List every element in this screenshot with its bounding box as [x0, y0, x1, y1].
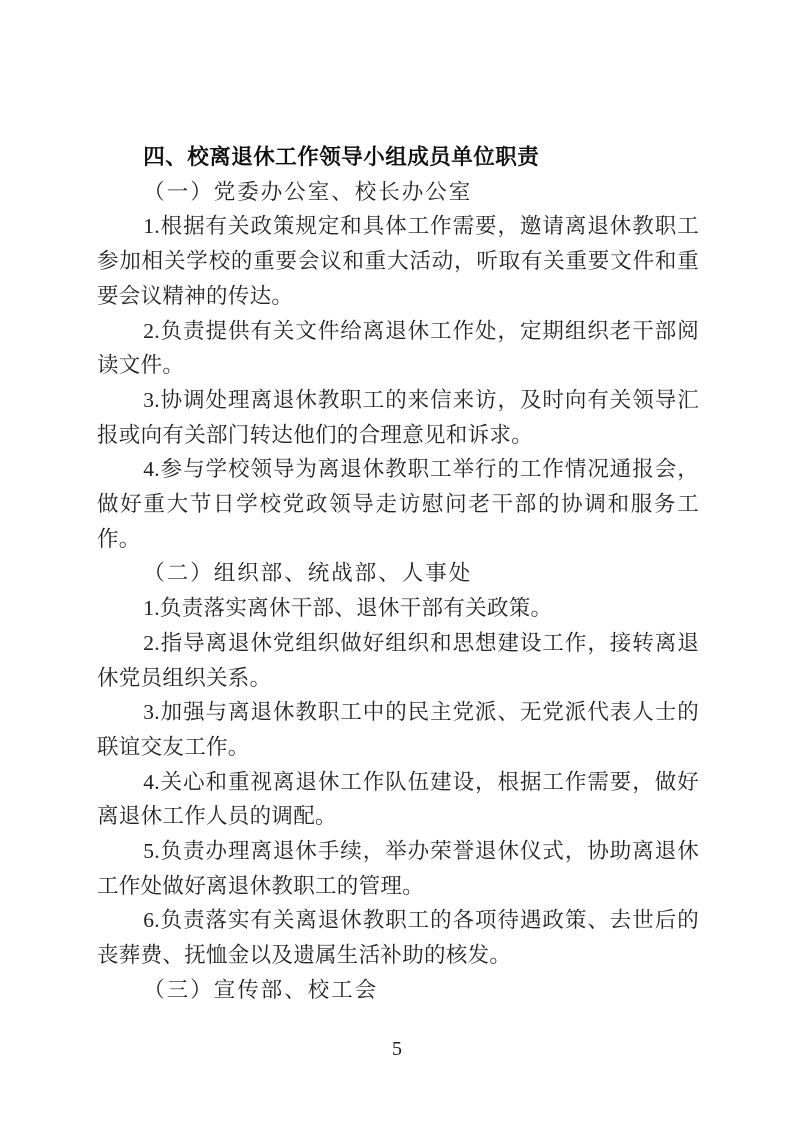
paragraph: 2.指导离退休党组织做好组织和思想建设工作，接转离退休党员组织关系。: [97, 626, 699, 695]
paragraph: 2.负责提供有关文件给离退休工作处，定期组织老干部阅读文件。: [97, 314, 699, 383]
paragraph: 6.负责落实有关离退休教职工的各项待遇政策、去世后的丧葬费、抚恤金以及遗属生活补…: [97, 903, 699, 972]
subsection-heading-1: （一）党委办公室、校长办公室: [97, 175, 699, 210]
document-body: 四、校离退休工作领导小组成员单位职责 （一）党委办公室、校长办公室 1.根据有关…: [97, 140, 699, 1008]
section-title: 四、校离退休工作领导小组成员单位职责: [97, 140, 699, 175]
subsection-heading-2: （二）组织部、统战部、人事处: [97, 556, 699, 591]
paragraph: 3.协调处理离退休教职工的来信来访，及时向有关领导汇报或向有关部门转达他们的合理…: [97, 383, 699, 452]
paragraph: 4.参与学校领导为离退休教职工举行的工作情况通报会，做好重大节日学校党政领导走访…: [97, 452, 699, 556]
paragraph: 1.负责落实离休干部、退休干部有关政策。: [97, 591, 699, 626]
page-number: 5: [0, 1036, 794, 1062]
document-page: 四、校离退休工作领导小组成员单位职责 （一）党委办公室、校长办公室 1.根据有关…: [0, 0, 794, 1122]
subsection-heading-3: （三）宣传部、校工会: [97, 973, 699, 1008]
paragraph: 4.关心和重视离退休工作队伍建设，根据工作需要，做好离退休工作人员的调配。: [97, 765, 699, 834]
paragraph: 3.加强与离退休教职工中的民主党派、无党派代表人士的联谊交友工作。: [97, 695, 699, 764]
paragraph: 1.根据有关政策规定和具体工作需要，邀请离退休教职工参加相关学校的重要会议和重大…: [97, 209, 699, 313]
paragraph: 5.负责办理离退休手续，举办荣誉退休仪式，协助离退休工作处做好离退休教职工的管理…: [97, 834, 699, 903]
